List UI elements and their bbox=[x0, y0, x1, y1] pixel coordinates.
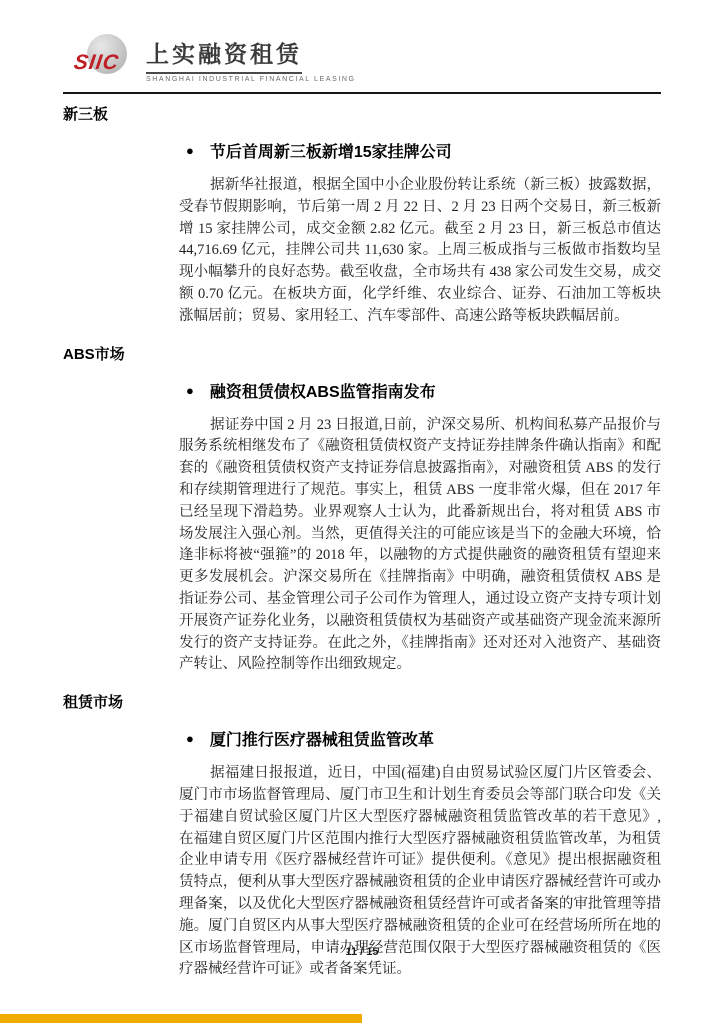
company-name-cn: 上实融资租赁 bbox=[146, 36, 302, 74]
company-logo: SIIC 上实融资租赁 SHANGHAI INDUSTRIAL FINANCIA… bbox=[74, 34, 724, 83]
page-number: 11 / 15 bbox=[0, 946, 724, 958]
headline-text: 节后首周新三板新增15家挂牌公司 bbox=[210, 139, 452, 162]
section-neeq: 新三板 ● 节后首周新三板新增15家挂牌公司 据新华社报道，根据全国中小企业股份… bbox=[0, 103, 724, 328]
article-body: 据证券中国 2 月 23 日报道,日前，沪深交易所、机构间私募产品报价与服务系统… bbox=[179, 415, 661, 677]
logo-names: 上实融资租赁 SHANGHAI INDUSTRIAL FINANCIAL LEA… bbox=[146, 36, 356, 83]
bullet-icon: ● bbox=[186, 732, 194, 745]
bullet-icon: ● bbox=[186, 144, 194, 157]
section-label-leasing-market: 租赁市场 bbox=[63, 691, 724, 712]
article-leasing: ● 厦门推行医疗器械租赁监管改革 据福建日报报道，近日，中国(福建)自由贸易试验… bbox=[179, 727, 661, 981]
page-header: SIIC 上实融资租赁 SHANGHAI INDUSTRIAL FINANCIA… bbox=[0, 0, 724, 86]
article-headline: ● 节后首周新三板新增15家挂牌公司 bbox=[179, 139, 661, 162]
siic-logo-icon: SIIC bbox=[74, 34, 140, 78]
article-neeq: ● 节后首周新三板新增15家挂牌公司 据新华社报道，根据全国中小企业股份转让系统… bbox=[179, 139, 661, 328]
section-leasing-market: 租赁市场 ● 厦门推行医疗器械租赁监管改革 据福建日报报道，近日，中国(福建)自… bbox=[0, 691, 724, 981]
logo-siic-text: SIIC bbox=[72, 51, 120, 75]
section-label-neeq: 新三板 bbox=[63, 103, 724, 124]
headline-text: 融资租赁债权ABS监管指南发布 bbox=[210, 379, 436, 402]
headline-text: 厦门推行医疗器械租赁监管改革 bbox=[210, 727, 434, 750]
header-divider bbox=[63, 92, 661, 94]
section-label-abs-market: ABS市场 bbox=[63, 343, 724, 364]
article-abs: ● 融资租赁债权ABS监管指南发布 据证券中国 2 月 23 日报道,日前，沪深… bbox=[179, 379, 661, 677]
newsletter-page: SIIC 上实融资租赁 SHANGHAI INDUSTRIAL FINANCIA… bbox=[0, 0, 724, 1023]
company-name-en: SHANGHAI INDUSTRIAL FINANCIAL LEASING bbox=[146, 76, 356, 83]
article-headline: ● 厦门推行医疗器械租赁监管改革 bbox=[179, 727, 661, 750]
section-abs-market: ABS市场 ● 融资租赁债权ABS监管指南发布 据证券中国 2 月 23 日报道… bbox=[0, 343, 724, 677]
footer-accent-bar bbox=[0, 1014, 362, 1023]
article-body: 据新华社报道，根据全国中小企业股份转让系统（新三板）披露数据，受春节假期影响，节… bbox=[179, 175, 661, 328]
bullet-icon: ● bbox=[186, 384, 194, 397]
article-headline: ● 融资租赁债权ABS监管指南发布 bbox=[179, 379, 661, 402]
